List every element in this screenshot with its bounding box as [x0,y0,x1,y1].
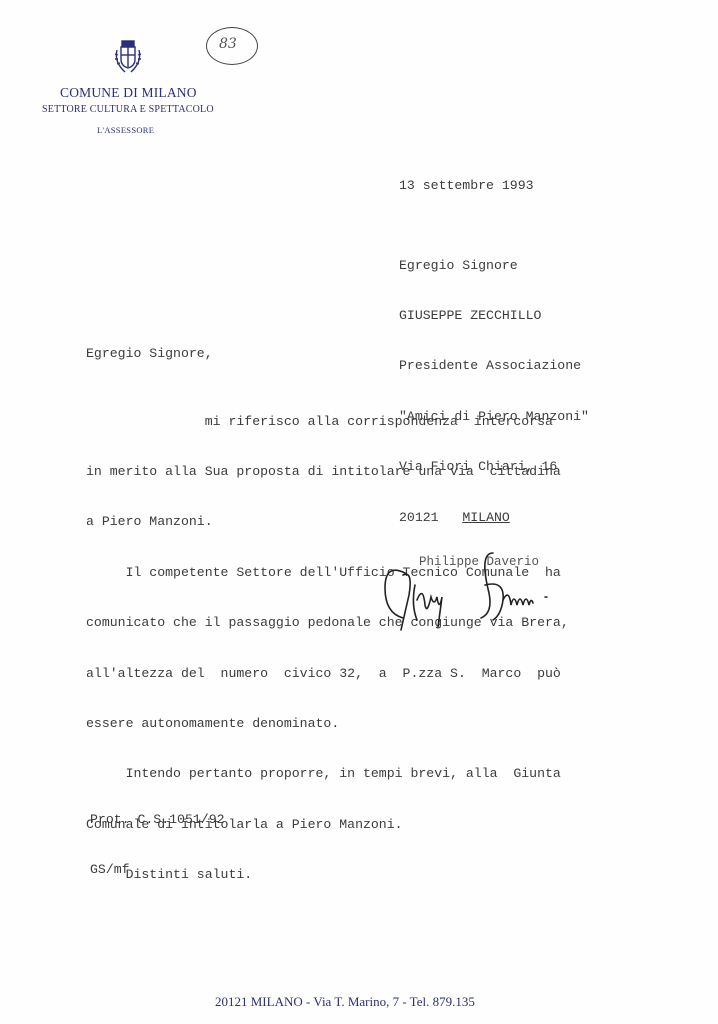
handwritten-signature-icon [375,545,575,635]
letter-date: 13 settembre 1993 [399,178,534,195]
body-line: all'altezza del numero civico 32, a P.zz… [86,666,569,683]
letterhead-sector: SETTORE CULTURA E SPETTACOLO [42,104,214,115]
address-line: Egregio Signore [399,258,589,275]
letterhead-role: L'ASSESSORE [97,125,154,135]
page-number-text: 83 [219,36,237,52]
protocol-initials: GS/mf [90,862,225,879]
body-line: a Piero Manzoni. [86,514,569,531]
handwritten-page-number: 83 [206,27,258,65]
body-line: essere autonomamente denominato. [86,716,569,733]
address-line: Presidente Associazione [399,358,589,375]
salutation: Egregio Signore, [86,346,213,363]
body-line: mi riferisco alla corrispondenza interco… [86,414,569,431]
protocol-number: Prot. C.S.1051/92 [90,812,225,829]
letterhead-footer: 20121 MILANO - Via T. Marino, 7 - Tel. 8… [215,994,475,1010]
protocol-reference: Prot. C.S.1051/92 GS/mf [90,778,225,896]
milan-coat-of-arms-icon [112,38,144,76]
letterhead-city: COMUNE DI MILANO [60,85,197,101]
address-line: GIUSEPPE ZECCHILLO [399,308,589,325]
body-line: in merito alla Sua proposta di intitolar… [86,464,569,481]
